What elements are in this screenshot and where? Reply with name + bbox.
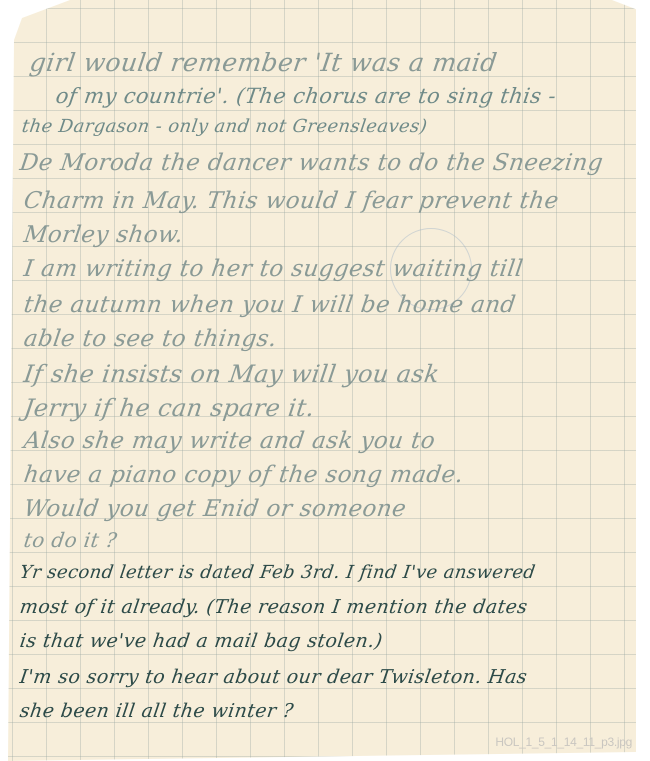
letter-line: most of it already. (The reason I mentio… bbox=[18, 596, 529, 618]
filename-watermark: HOL_1_5_1_14_11_p3.jpg bbox=[495, 735, 632, 749]
letter-line: the Dargason - only and not Greensleaves… bbox=[21, 116, 429, 137]
letter-line: I am writing to her to suggest waiting t… bbox=[22, 256, 525, 282]
letter-line: have a piano copy of the song made. bbox=[22, 462, 465, 488]
letter-line: I'm so sorry to hear about our dear Twis… bbox=[18, 666, 528, 688]
letter-line: of my countrie'. (The chorus are to sing… bbox=[54, 84, 557, 108]
letter-line: able to see to things. bbox=[22, 326, 278, 352]
letter-line: Would you get Enid or someone bbox=[22, 496, 408, 522]
letter-line: to do it ? bbox=[22, 528, 119, 552]
letter-line: girl would remember 'It was a maid bbox=[28, 48, 499, 77]
letter-line: Jerry if he can spare it. bbox=[22, 394, 316, 422]
letter-line: Morley show. bbox=[22, 222, 185, 248]
letter-line: is that we've had a mail bag stolen.) bbox=[18, 630, 384, 652]
letter-line: If she insists on May will you ask bbox=[22, 360, 441, 388]
letter-line: Charm in May. This would I fear prevent … bbox=[22, 188, 560, 214]
letter-line: Yr second letter is dated Feb 3rd. I fin… bbox=[19, 562, 537, 583]
letter-line: the autumn when you I will be home and bbox=[22, 292, 517, 318]
letter-line: she been ill all the winter ? bbox=[18, 700, 295, 722]
page-edge bbox=[636, 0, 650, 761]
letter-line: Also she may write and ask you to bbox=[22, 428, 437, 454]
letter-line: De Moroda the dancer wants to do the Sne… bbox=[18, 150, 605, 176]
